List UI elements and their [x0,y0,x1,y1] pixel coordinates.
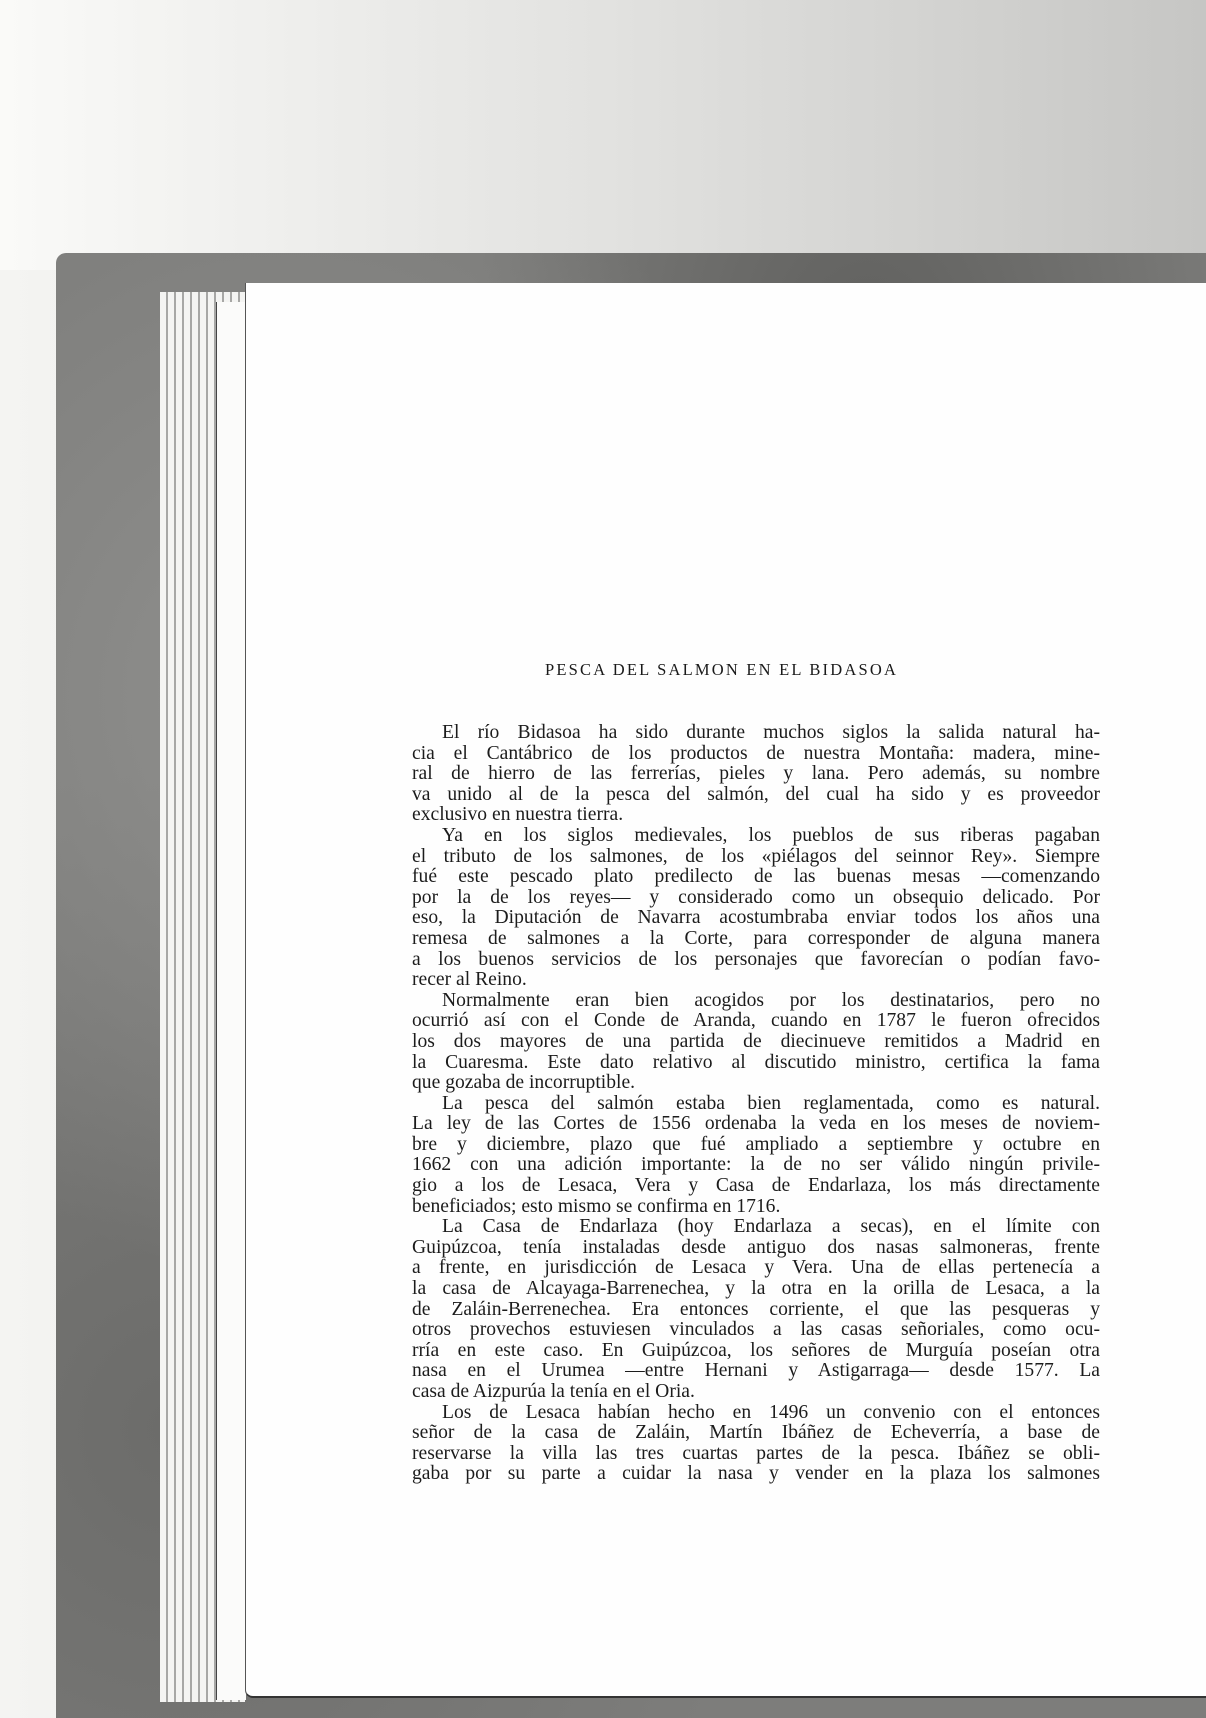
body-text: El río Bidasoa ha sido durante muchos si… [412,723,1100,1485]
paragraph-3: Normalmente eran bien acogidos por los d… [412,991,1100,1094]
text-line: eso, la Diputación de Navarra acostumbra… [412,908,1100,929]
paragraph-6: Los de Lesaca habían hecho en 1496 un co… [412,1403,1100,1485]
text-line: el tributo de los salmones, de los «piél… [412,847,1100,868]
text-line: cia el Cantábrico de los productos de nu… [412,744,1100,765]
text-line: a los buenos servicios de los personajes… [412,950,1100,971]
paragraph-1: El río Bidasoa ha sido durante muchos si… [412,723,1100,826]
text-line: rría en este caso. En Guipúzcoa, los señ… [412,1341,1100,1362]
paragraph-4: La pesca del salmón estaba bien reglamen… [412,1094,1100,1218]
text-line: La pesca del salmón estaba bien reglamen… [412,1094,1100,1115]
text-line: Guipúzcoa, tenía instaladas desde antigu… [412,1238,1100,1259]
page-edges [160,292,245,1702]
text-line: fué este pescado plato predilecto de las… [412,867,1100,888]
text-line: por la de los reyes— y considerado como … [412,888,1100,909]
text-line: beneficiados; esto mismo se confirma en … [412,1197,1100,1218]
text-line: de Zaláin-Berrenechea. Era entonces corr… [412,1300,1100,1321]
text-line: recer al Reino. [412,970,1100,991]
text-line: La ley de las Cortes de 1556 ordenaba la… [412,1114,1100,1135]
text-line: ral de hierro de las ferrerías, pieles y… [412,764,1100,785]
text-line: Ya en los siglos medievales, los pueblos… [412,826,1100,847]
background-wall [0,0,1206,270]
text-line: Los de Lesaca habían hecho en 1496 un co… [412,1403,1100,1424]
page-title: PESCA DEL SALMON EN EL BIDASOA [545,660,985,680]
text-line: los dos mayores de una partida de diecin… [412,1032,1100,1053]
text-line: exclusivo en nuestra tierra. [412,805,1100,826]
text-line: la casa de Alcayaga-Barrenechea, y la ot… [412,1279,1100,1300]
text-line: gio a los de Lesaca, Vera y Casa de Enda… [412,1176,1100,1197]
text-line: otros provechos estuviesen vinculados a … [412,1320,1100,1341]
paragraph-5: La Casa de Endarlaza (hoy Endarlaza a se… [412,1217,1100,1402]
text-line: gaba por su parte a cuidar la nasa y ven… [412,1464,1100,1485]
text-line: El río Bidasoa ha sido durante muchos si… [412,723,1100,744]
text-line: la Cuaresma. Este dato relativo al discu… [412,1053,1100,1074]
paragraph-2: Ya en los siglos medievales, los pueblos… [412,826,1100,991]
text-line: Normalmente eran bien acogidos por los d… [412,991,1100,1012]
text-line: ocurrió así con el Conde de Aranda, cuan… [412,1011,1100,1032]
text-line: que gozaba de incorruptible. [412,1073,1100,1094]
text-line: va unido al de la pesca del salmón, del … [412,785,1100,806]
text-line: reservarse la villa las tres cuartas par… [412,1444,1100,1465]
text-line: bre y diciembre, plazo que fué ampliado … [412,1135,1100,1156]
previous-page-edge [216,302,246,1700]
text-line: 1662 con una adición importante: la de n… [412,1155,1100,1176]
text-line: La Casa de Endarlaza (hoy Endarlaza a se… [412,1217,1100,1238]
text-line: remesa de salmones a la Corte, para corr… [412,929,1100,950]
text-line: a frente, en jurisdicción de Lesaca y Ve… [412,1258,1100,1279]
text-line: señor de la casa de Zaláin, Martín Ibáñe… [412,1423,1100,1444]
text-line: nasa en el Urumea —entre Hernani y Astig… [412,1361,1100,1382]
text-line: casa de Aizpurúa la tenía en el Oria. [412,1382,1100,1403]
